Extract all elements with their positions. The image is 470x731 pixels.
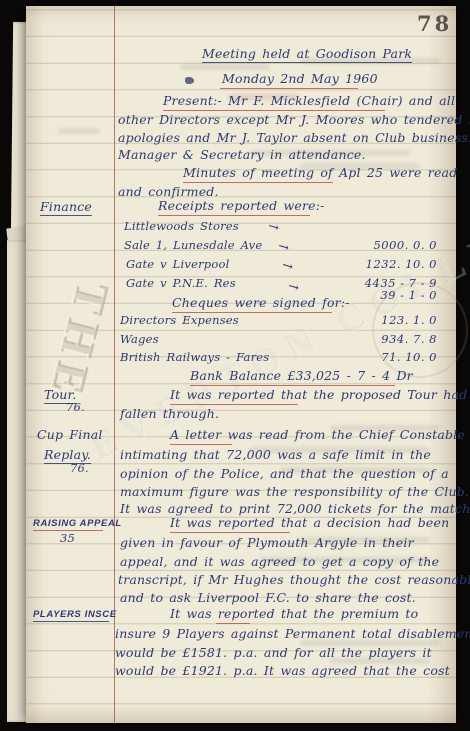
receipt-amount: 5000. 0. 0 <box>373 238 437 252</box>
margin-heading-players-insce: PLAYERS INSCE <box>33 609 117 620</box>
entry-line: would be £1581. p.a. and for all the pla… <box>115 645 432 660</box>
margin-ref: 35 <box>60 531 75 546</box>
receipt-item: Gate v P.N.E. Res <box>126 276 236 291</box>
receipt-amount: 1232. 10. 0 <box>366 257 437 271</box>
bank-balance-line: Bank Balance £33,025 - 7 - 4 Dr <box>190 368 413 383</box>
entry-line: insure 9 Players against Permanent total… <box>115 626 470 641</box>
ghost-bleed <box>180 64 270 70</box>
red-underline <box>163 110 385 111</box>
entry-line: It was reported that the premium to <box>170 606 418 621</box>
receipt-amount: 39 - 1 - 0 <box>380 288 437 302</box>
margin-heading-finance-text: Finance <box>40 199 92 216</box>
margin-heading-replay: Replay. <box>44 447 91 462</box>
entry-line: It was agreed to print 72,000 tickets fo… <box>120 501 470 516</box>
cheques-heading: Cheques were signed for:- <box>172 295 350 310</box>
meeting-date-line: Monday 2nd May 1960 <box>222 71 378 86</box>
entry-line: It was reported that a decision had been <box>170 515 449 530</box>
red-underline <box>158 215 310 216</box>
red-underline <box>220 88 358 89</box>
red-underline <box>216 623 250 624</box>
entry-line: appeal, and it was agreed to get a copy … <box>120 554 439 569</box>
red-underline <box>170 532 290 533</box>
minutes-confirmed-line: and confirmed. <box>118 184 219 199</box>
cheque-amount: 934. 7. 8 <box>381 332 437 346</box>
cheque-item: British Railways - Fares <box>120 350 269 365</box>
present-line: apologies and Mr J. Taylor absent on Clu… <box>118 130 470 145</box>
photo-backdrop: THE EVERTON COLLECTION 78 Meeting held a… <box>0 0 470 731</box>
entry-line: opinion of the Police, and that the ques… <box>120 466 449 481</box>
margin-ref: 76. <box>70 461 89 476</box>
cheque-amount: 123. 1. 0 <box>381 313 437 327</box>
ink-underline <box>33 621 109 622</box>
red-underline <box>170 404 298 405</box>
receipts-heading: Receipts reported were:- <box>158 198 325 213</box>
cheque-amount: 71. 10. 0 <box>381 350 437 364</box>
ghost-bleed <box>58 128 100 134</box>
cheque-item: Wages <box>120 332 159 347</box>
entry-line: given in favour of Plymouth Argyle in th… <box>120 535 414 550</box>
entry-line: maximum figure was the responsibility of… <box>120 484 469 499</box>
margin-ref: 76. <box>66 400 85 415</box>
page-number-stamp: 78 <box>417 11 452 36</box>
meeting-title-line: Meeting held at Goodison Park <box>202 46 412 61</box>
margin-heading-cup-final: Cup Final <box>37 427 103 442</box>
present-line: Present:- Mr F. Micklesfield (Chair) and… <box>163 93 455 108</box>
receipt-item: Gate v Liverpool <box>126 257 229 272</box>
entry-line: would be £1921. p.a. It was agreed that … <box>115 663 450 678</box>
present-line: Manager & Secretary in attendance. <box>118 147 366 162</box>
entry-line: and to ask Liverpool F.C. to share the c… <box>120 590 416 605</box>
cheque-item: Directors Expenses <box>120 313 239 328</box>
margin-heading-raising-appeal: RAISING APPEAL <box>33 518 122 529</box>
entry-line: fallen through. <box>120 406 219 421</box>
entry-line: transcript, if Mr Hughes thought the cos… <box>118 572 470 587</box>
ink-blot <box>185 77 194 84</box>
margin-heading-finance: Finance <box>40 199 92 214</box>
entry-line: A letter was read from the Chief Constab… <box>170 427 465 442</box>
meeting-title-text: Meeting held at Goodison Park <box>202 46 412 63</box>
entry-line: intimating that 72,000 was a safe limit … <box>120 447 431 462</box>
red-underline <box>190 385 395 386</box>
red-underline <box>170 444 232 445</box>
receipt-item: Sale 1, Lunesdale Ave <box>124 238 262 253</box>
red-underline <box>183 182 333 183</box>
present-line: other Directors except Mr J. Moores who … <box>118 112 470 127</box>
receipt-item: Littlewoods Stores <box>124 219 239 234</box>
minutes-confirmed-line: Minutes of meeting of Apl 25 were read <box>183 165 457 180</box>
entry-line: It was reported that the proposed Tour h… <box>170 387 467 402</box>
